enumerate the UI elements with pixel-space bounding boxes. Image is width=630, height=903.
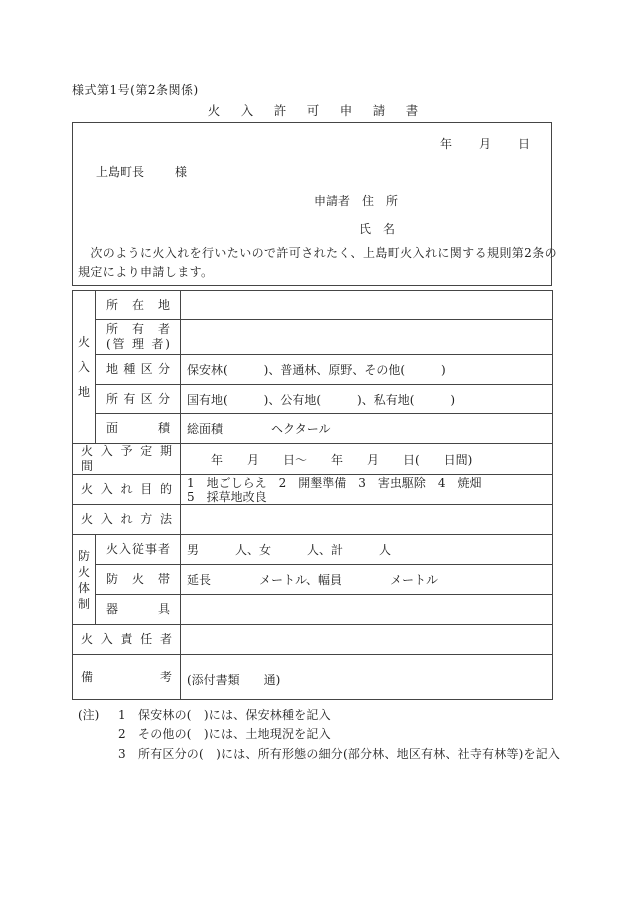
application-table: 火 入 地 所 在 地 所 有 者 (管 理 者) 地 種 区 分 保安林( )…	[72, 290, 553, 700]
owner-field	[181, 320, 553, 355]
footnote-item: (注) 1 保安林の( )には、保安林種を記入	[78, 706, 560, 725]
footnotes: (注) 1 保安林の( )には、保安林種を記入 2 その他の( )には、土地現況…	[78, 706, 560, 764]
table-row: 火 入 地 所 在 地	[73, 291, 553, 320]
area-label: 面 積	[96, 414, 181, 444]
location-label: 所 在 地	[96, 291, 181, 320]
addressee-line: 上島町長様	[96, 163, 187, 180]
footnote-item: 3 所有区分の( )には、所有形態の細分(部分林、地区有林、社寺有林等)を記入	[78, 745, 560, 764]
equipment-field	[181, 595, 553, 625]
table-row: 火 入 れ 目 的 1 地ごしらえ 2 開墾準備 3 害虫駆除 4 焼畑 5 採…	[73, 475, 553, 505]
table-row: 防 火 体 制 火入従事者 男 人、女 人、計 人	[73, 535, 553, 565]
workers-field: 男 人、女 人、計 人	[181, 535, 553, 565]
note-text: その他の( )には、土地現況を記入	[138, 725, 331, 744]
ownership-label: 所 有 区 分	[96, 385, 181, 414]
note-prefix	[78, 745, 118, 764]
table-row: 火 入 予 定 期 間 年 月 日～ 年 月 日( 日間)	[73, 444, 553, 475]
applicant-address-label: 申請者 住 所	[314, 192, 398, 209]
firebreak-label: 防 火 帯	[96, 565, 181, 595]
table-row: 面 積 総面積 ヘクタール	[73, 414, 553, 444]
period-label: 火 入 予 定 期 間	[73, 444, 181, 475]
fire-site-group-header: 火 入 地	[73, 291, 96, 444]
table-row: 火 入 責 任 者	[73, 625, 553, 655]
responsible-field	[181, 625, 553, 655]
form-number: 様式第1号(第2条関係)	[72, 81, 199, 98]
note-number: 3	[118, 745, 138, 764]
table-row: 防 火 帯 延長 メートル、幅員 メートル	[73, 565, 553, 595]
note-number: 1	[118, 706, 138, 725]
header-box: 年 月 日 上島町長様 申請者 住 所 氏 名 次のように火入れを行いたいので許…	[72, 122, 552, 286]
purpose-label: 火 入 れ 目 的	[73, 475, 181, 505]
table-row: 所 有 区 分 国有地( )、公有地( )、私有地( )	[73, 385, 553, 414]
table-row: 器 具	[73, 595, 553, 625]
owner-label: 所 有 者 (管 理 者)	[96, 320, 181, 355]
application-form-page: 様式第1号(第2条関係) 火 入 許 可 申 請 書 年 月 日 上島町長様 申…	[0, 0, 630, 903]
land-type-field: 保安林( )、普通林、原野、その他( )	[181, 355, 553, 385]
application-statement: 次のように火入れを行いたいので許可されたく、上島町火入れに関する規則第2条の 規…	[78, 244, 547, 282]
applicant-name-label: 氏 名	[359, 220, 395, 237]
table-row: 所 有 者 (管 理 者)	[73, 320, 553, 355]
table-row: 火 入 れ 方 法	[73, 505, 553, 535]
note-number: 2	[118, 725, 138, 744]
statement-line-2: 規定により申請します。	[78, 263, 547, 282]
honorific: 様	[175, 163, 187, 180]
table-row: 地 種 区 分 保安林( )、普通林、原野、その他( )	[73, 355, 553, 385]
area-field: 総面積 ヘクタール	[181, 414, 553, 444]
equipment-label: 器 具	[96, 595, 181, 625]
ownership-field: 国有地( )、公有地( )、私有地( )	[181, 385, 553, 414]
firebreak-field: 延長 メートル、幅員 メートル	[181, 565, 553, 595]
method-field	[181, 505, 553, 535]
remarks-label: 備 考	[73, 655, 181, 700]
note-prefix	[78, 725, 118, 744]
fire-prevention-group-header: 防 火 体 制	[73, 535, 96, 625]
note-text: 保安林の( )には、保安林種を記入	[138, 706, 331, 725]
land-type-label: 地 種 区 分	[96, 355, 181, 385]
responsible-label: 火 入 責 任 者	[73, 625, 181, 655]
method-label: 火 入 れ 方 法	[73, 505, 181, 535]
location-field	[181, 291, 553, 320]
period-field: 年 月 日～ 年 月 日( 日間)	[181, 444, 553, 475]
footnote-item: 2 その他の( )には、土地現況を記入	[78, 725, 560, 744]
workers-label: 火入従事者	[96, 535, 181, 565]
document-title: 火 入 許 可 申 請 書	[0, 101, 630, 119]
purpose-field: 1 地ごしらえ 2 開墾準備 3 害虫駆除 4 焼畑 5 採草地改良	[181, 475, 553, 505]
note-text: 所有区分の( )には、所有形態の細分(部分林、地区有林、社寺有林等)を記入	[138, 745, 560, 764]
note-prefix: (注)	[78, 706, 118, 725]
remarks-field: (添付書類 通)	[181, 655, 553, 700]
date-line: 年 月 日	[440, 135, 531, 152]
addressee: 上島町長	[96, 165, 144, 179]
statement-line-1: 次のように火入れを行いたいので許可されたく、上島町火入れに関する規則第2条の	[78, 244, 547, 263]
table-row: 備 考 (添付書類 通)	[73, 655, 553, 700]
